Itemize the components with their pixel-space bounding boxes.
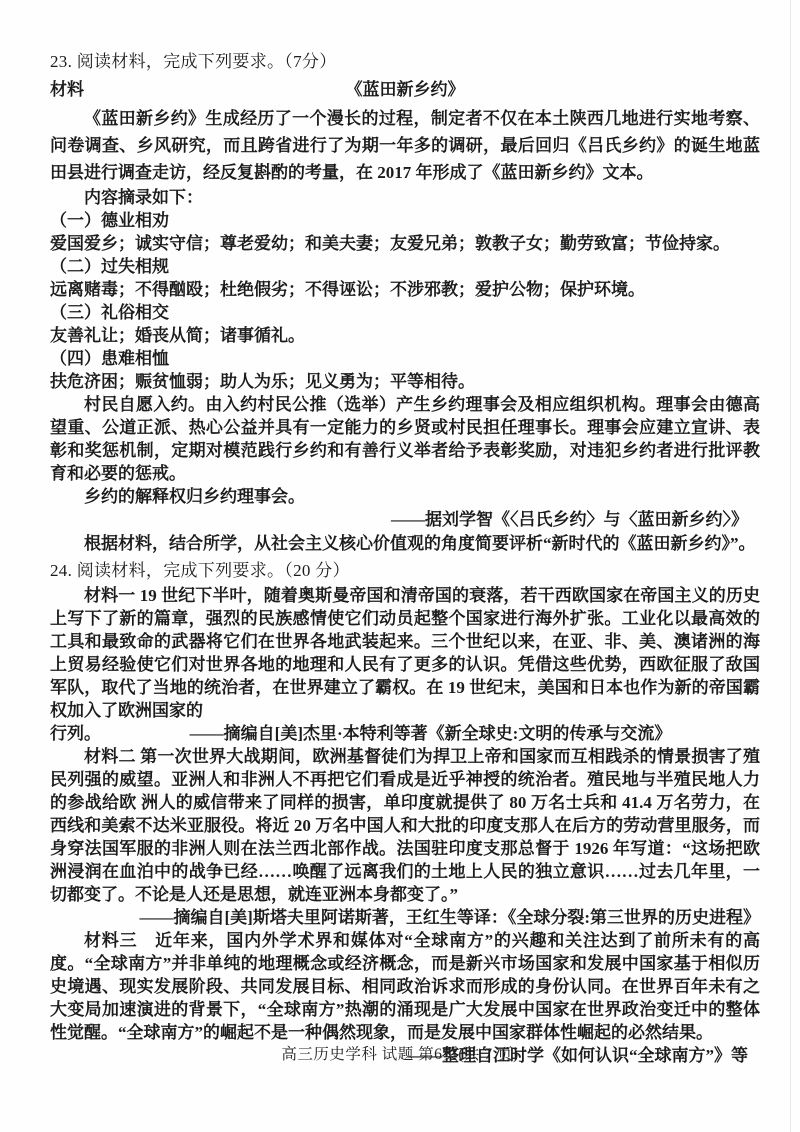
covenant-item-heading: （四）患难相恤 [50,347,760,370]
q24-material-1-paragraph: 材料一 19 世纪下半叶，随着奥斯曼帝国和清帝国的衰落，若干西欧国家在帝国主义的… [50,584,760,722]
q24-material-3-paragraph: 材料三 近年来，国内外学术界和媒体对“全球南方”的兴趣和关注达到了前所未有的高度… [50,929,760,1044]
question-23-stem: 23. 阅读材料，完成下列要求。（7分） [50,48,760,75]
covenant-item-heading: （三）礼俗相交 [50,301,760,324]
q23-excerpt-intro: 内容摘录如下： [50,186,760,209]
q23-citation: ——据刘学智《〈吕氏乡约〉与〈蓝田新乡约〉》 [50,508,760,531]
covenant-item-content: 爱国爱乡；诚实守信；尊老爱幼；和美夫妻；友爱兄弟；敦教子女；勤劳致富；节俭持家。 [50,232,760,255]
page-footer: 高三历史学科 试题 第6页(共 7 页) [0,1042,800,1064]
q24-material-1-tail: 行列。 [50,722,101,745]
covenant-item-content: 友善礼让；婚丧从简；诸事循礼。 [50,324,760,347]
q24-material-2-citation: ——摘编自[美]斯塔夫里阿诺斯著，王红生等译：《全球分裂:第三世界的历史进程》 [50,906,760,929]
exam-content: 23. 阅读材料，完成下列要求。（7分） 材料 《蓝田新乡约》 《蓝田新乡约》生… [50,48,760,1067]
question-24-stem: 24. 阅读材料，完成下列要求。（20 分） [50,557,760,584]
scan-page-edge-line [790,0,791,1132]
q23-interpretation-line: 乡约的解释权归乡约理事会。 [50,485,760,508]
material-title: 《蓝田新乡约》 [346,80,465,99]
material-label: 材料 [50,75,84,105]
covenant-item-content: 扶危济困；赈贫恤弱；助人为乐；见义勇为；平等相待。 [50,370,760,393]
covenant-item-content: 远离赌毒；不得酗殴；杜绝假劣；不得诬讼；不涉邪教；爱护公物；保护环境。 [50,278,760,301]
q24-material-1-citation: ——摘编自[美]杰里·本特利等著《新全球史:文明的传承与交流》 [190,722,672,745]
q23-governance-paragraph: 村民自愿入约。由入约村民公推（选举）产生乡约理事会及相应组织机构。理事会由德高望… [50,393,760,485]
material-header: 材料 《蓝田新乡约》 [50,75,760,105]
q24-material-2-paragraph: 材料二 第一次世界大战期间，欧洲基督徒们为捍卫上帝和国家而互相践杀的情景损害了殖… [50,745,760,906]
covenant-item-heading: （二）过失相规 [50,255,760,278]
q23-task: 根据材料，结合所学，从社会主义核心价值观的角度简要评析“新时代的《蓝田新乡约》”… [50,531,760,557]
covenant-item-heading: （一）德业相劝 [50,209,760,232]
q23-material-intro: 《蓝田新乡约》生成经历了一个漫长的过程，制定者不仅在本土陕西几地进行实地考察、问… [50,105,760,186]
exam-page: 23. 阅读材料，完成下列要求。（7分） 材料 《蓝田新乡约》 《蓝田新乡约》生… [0,0,800,1132]
q24-material-1-tail-line: 行列。 ——摘编自[美]杰里·本特利等著《新全球史:文明的传承与交流》 [50,722,760,745]
